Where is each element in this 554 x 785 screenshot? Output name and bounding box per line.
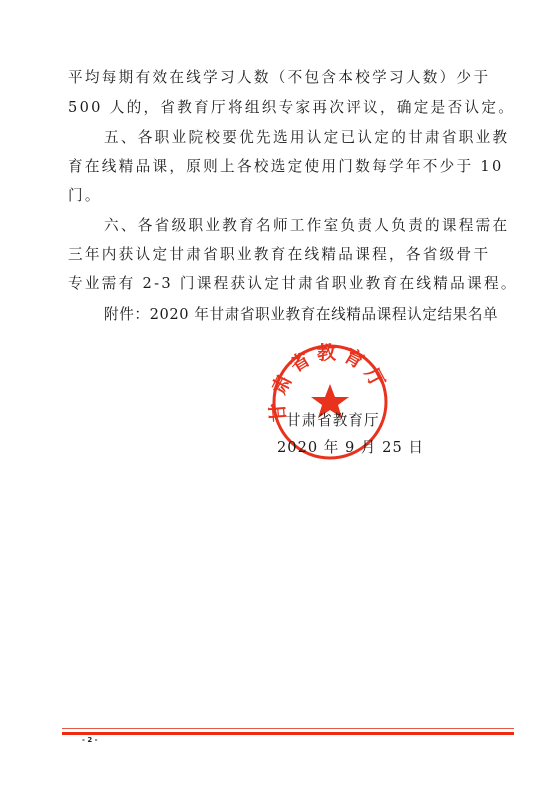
paragraph-line: 三年内获认定甘肃省职业教育在线精品课程，各省级骨干 — [68, 245, 490, 265]
issuer-name: 甘肃省教育厅 — [286, 411, 380, 431]
footer-rule-thin — [62, 728, 514, 729]
attachment-line: 附件：2020 年甘肃省职业教育在线精品课程认定结果名单 — [104, 305, 498, 325]
paragraph-line: 六、各省级职业教育名师工作室负责人负责的课程需在 — [104, 216, 509, 236]
paragraph-line: 平均每期有效在线学习人数（不包含本校学习人数）少于 — [68, 68, 490, 88]
paragraph-line: 专业需有 2-3 门课程获认定甘肃省职业教育在线精品课程。 — [68, 274, 518, 294]
paragraph-line: 500 人的，省教育厅将组织专家再次评议，确定是否认定。 — [68, 98, 515, 118]
page-number: - 2 - — [82, 736, 98, 744]
paragraph-line: 五、各职业院校要优先选用认定已认定的甘肃省职业教 — [104, 128, 509, 148]
issue-date: 2020 年 9 月 25 日 — [277, 438, 424, 458]
paragraph-line: 门。 — [68, 186, 102, 206]
footer-rule-thick — [62, 732, 514, 735]
paragraph-line: 育在线精品课，原则上各校选定使用门数每学年不少于 10 — [68, 157, 504, 177]
